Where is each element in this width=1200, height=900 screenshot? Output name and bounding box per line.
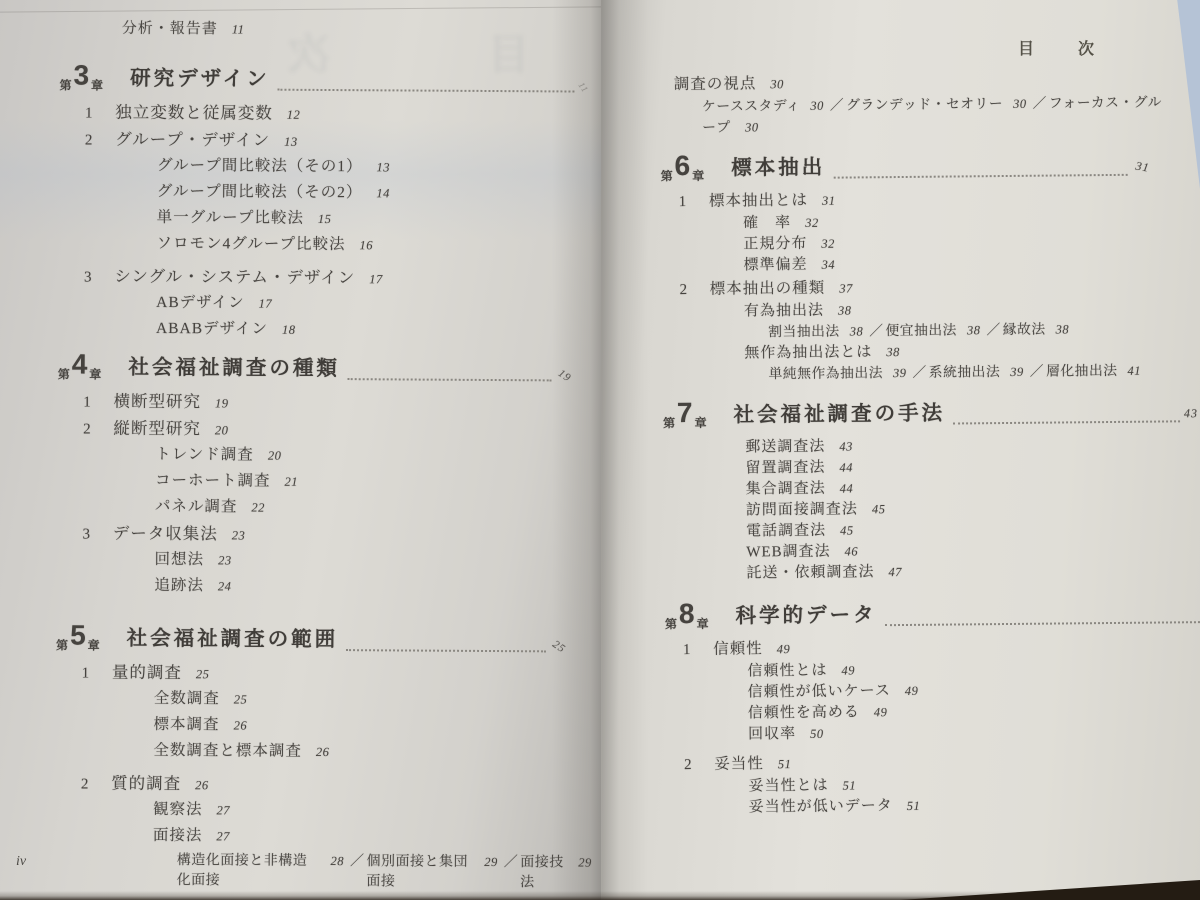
item-text: 縦断型研究 [113,415,201,440]
toc-entry: ソロモン4グループ比較法16 [0,230,600,260]
toc-entry: ABABデザイン18 [0,315,599,345]
item-text: 標本調査 [154,712,220,734]
chapter-title: 社会福祉調査の手法 [733,396,945,428]
item-text: 調査の視点 [674,71,757,94]
chapter-title: 社会福祉調査の種類 [128,350,340,381]
item-text: ケーススタディ [702,94,800,115]
page-number: 38 [838,303,852,318]
page-number: 30 [1013,97,1027,112]
chapter-number: 3 [73,61,90,89]
page-number: 47 [888,565,902,580]
toc-entry: 追跡法24 [0,572,597,602]
item-text: 全数調査と標本調査 [153,738,302,761]
item-text: フォーカス・グル [1049,90,1162,111]
item-text: 標準偏差 [743,253,807,275]
page-number: 17 [369,272,383,287]
item-text: 集合調査法 [746,477,826,499]
item-number: 1 [78,665,94,682]
page-number: 26 [234,718,248,733]
chapter-suffix-label: 章 [88,636,101,653]
item-number: 1 [675,194,691,211]
item-text: 横断型研究 [113,388,201,413]
item-text: 信頼性とは [747,659,827,681]
separator-slash: ／ [986,318,1000,338]
separator-slash: ／ [504,851,519,871]
item-text: 標本抽出の種類 [710,276,826,299]
item-text: ABABデザイン [156,316,268,339]
page-number: 13 [376,160,390,175]
toc-entry: 1量的調査25 [0,658,597,689]
toc-entry: 2縦断型研究20 [0,414,598,445]
item-number: 1 [81,105,97,122]
chapter-heading-row: 第6章標本抽出31 [602,146,1195,190]
chapter-prefix-label: 第 [56,636,69,653]
toc-entry: 2質的調査26 [0,769,596,800]
item-text: 単純無作為抽出法 [768,361,883,382]
leader-dots [348,378,552,381]
toc-entry: 単一グループ比較法15 [0,204,600,234]
page-number: 49 [777,642,791,657]
item-text: 妥当性とは [748,774,828,796]
page-number: 38 [850,324,864,339]
leader-dots [346,649,546,652]
page-number: 31 [822,194,836,209]
right-page: 目 次 調査の視点30ケーススタディ30／グランデッド・セオリー30／フォーカス… [601,0,1200,900]
toc-entry: 回想法23 [0,546,598,576]
chapter-page-number: 43 [1184,406,1198,421]
item-text: 信頼性 [713,636,763,658]
toc-entry: 回収率50 [608,718,1200,745]
chapter-heading-row: 第8章科学的データ [607,594,1200,638]
item-text: 有為抽出法 [744,299,824,321]
separator-slash: ／ [869,319,883,339]
item-text: 個別面接と集団面接 [366,850,474,891]
item-number: 3 [79,526,95,543]
item-text: 留置調査法 [745,456,825,478]
chapter-number: 8 [679,600,696,628]
chapter-prefix-label: 第 [59,76,72,93]
chapter-page-number: 25 [550,638,568,655]
item-text: 託送・依頼調査法 [746,560,874,582]
page-number: 28 [330,854,344,869]
chapter-number: 7 [677,399,694,427]
page-number: 49 [905,684,919,699]
book-photo: 目 次 分析・報告書11第3章研究デザイン111独立変数と従属変数122グループ… [0,0,1200,900]
chapter-heading-row: 第7章社会福祉調査の手法43 [605,393,1198,437]
page-number: 38 [967,323,981,338]
item-number: 1 [679,642,695,659]
item-text: 確 率 [743,211,791,232]
page-number: 39 [1010,365,1024,380]
page-number: 25 [196,667,210,682]
page-number: 29 [578,856,592,871]
item-text: 信頼性が低いケース [748,679,891,701]
toc-entry: トレンド調査20 [0,441,598,471]
toc-entry: コーホート調査21 [0,467,598,497]
item-text: トレンド調査 [155,442,254,465]
page-number: 39 [893,366,907,381]
page-number: 26 [316,745,330,760]
left-page-number: iv [16,854,26,870]
chapter-title: 社会福祉調査の範囲 [127,621,339,652]
page-number: 50 [810,727,824,742]
item-text: 割当抽出法 [768,320,840,341]
item-text: グランデッド・セオリー [846,92,1003,114]
chapter-suffix-label: 章 [91,76,104,93]
leader-dots [833,174,1127,179]
separator-slash: ／ [830,94,844,114]
leader-dots [885,621,1200,626]
chapter-heading-row: 第5章社会福祉調査の範囲25 [0,620,597,662]
page-number: 23 [218,553,232,568]
item-text: 妥当性が低いデータ [749,794,893,816]
chapter-page-number: 11 [576,80,590,94]
page-number: 41 [1127,364,1141,379]
toc-entry: パネル調査22 [0,493,598,523]
toc-entry: グループ間比較法（その1）13 [0,152,600,182]
item-text: 質的調査 [111,770,181,794]
separator-slash: ／ [1030,360,1044,380]
item-text: 正規分布 [743,232,807,254]
toc-entry: ABデザイン17 [0,289,599,319]
page-number: 49 [841,663,855,678]
item-number: 2 [79,421,95,438]
page-number: 30 [810,99,824,114]
chapter-heading-row: 第3章研究デザイン11 [0,60,601,102]
item-text: 単一グループ比較法 [157,205,304,228]
chapter-title: 研究デザイン [130,61,270,92]
chapter-page-number: 19 [556,367,574,384]
toc-entry: 託送・依頼調査法47 [606,557,1199,584]
item-text: 分析・報告書 [122,17,218,39]
toc-entry: 構造化面接と非構造化面接28／個別面接と集団面接29／面接技法29 [0,848,596,876]
chapter-title: 科学的データ [735,597,876,628]
toc-entry: 単純無作為抽出法39／系統抽出法39／層化抽出法41 [604,358,1197,385]
item-text: 系統抽出法 [929,360,1001,381]
item-text: 独立変数と従属変数 [115,99,273,124]
page-number: 49 [874,705,888,720]
toc-entry: 面接法27 [0,822,596,852]
page-number: 27 [217,803,231,818]
chapter-suffix-label: 章 [696,614,709,631]
separator-slash: ／ [350,850,365,870]
item-text: 回想法 [155,547,205,569]
item-number: 3 [80,269,96,286]
item-text: 便宜抽出法 [885,318,957,339]
page-number: 26 [195,778,209,793]
toc-entry: 1横断型研究19 [0,387,599,418]
right-toc-column: 調査の視点30ケーススタディ30／グランデッド・セオリー30／フォーカス・グルー… [601,0,1200,900]
item-number: 2 [680,757,696,774]
toc-entry: 2グループ・デザイン13 [0,125,600,156]
page-number: 19 [215,396,229,411]
page-number: 51 [778,757,792,772]
left-page: 目 次 分析・報告書11第3章研究デザイン111独立変数と従属変数122グループ… [0,0,601,900]
toc-entry: 3データ収集法23 [0,519,598,550]
page-number: 16 [359,238,373,253]
chapter-suffix-label: 章 [695,413,708,430]
chapter-number: 5 [70,621,87,649]
page-number: 44 [840,481,854,496]
chapter-prefix-label: 第 [661,167,674,184]
separator-slash: ／ [912,361,926,381]
page-number: 29 [484,855,498,870]
item-text: 郵送調査法 [745,435,825,457]
toc-entry: 全数調査と標本調査26 [0,737,596,767]
chapter-prefix-label: 第 [58,365,71,382]
page-number: 15 [318,212,332,227]
item-text: パネル調査 [155,494,238,517]
page-number: 43 [839,439,853,454]
item-text: ABデザイン [156,290,245,313]
page-number: 46 [845,544,859,559]
chapter-page-number: 31 [1134,159,1150,176]
page-number: 13 [284,135,298,150]
separator-slash: ／ [1032,92,1046,112]
toc-entry: ープ30 [602,111,1195,140]
page-number: 51 [907,799,921,814]
toc-entry: 観察法27 [0,796,596,826]
chapter-number: 4 [72,350,89,378]
toc-entry: グループ間比較法（その2）14 [0,178,600,208]
toc-entry: 標本調査26 [0,711,597,741]
item-text: ソロモン4グループ比較法 [156,231,345,254]
toc-entry: 妥当性が低いデータ51 [609,791,1200,818]
item-text: グループ間比較法（その1） [157,153,363,176]
page-number: 38 [886,345,900,360]
page-number: 45 [872,502,886,517]
item-text: 面接法 [153,823,203,845]
chapter-suffix-label: 章 [692,166,705,183]
item-text: 観察法 [153,797,203,819]
page-number: 21 [285,475,299,490]
item-text: 妥当性 [714,751,764,773]
page-number: 30 [770,77,784,92]
page-number: 32 [805,216,819,231]
item-text: 電話調査法 [746,519,826,541]
page-number: 11 [232,22,245,37]
page-number: 23 [232,528,246,543]
chapter-suffix-label: 章 [89,365,102,382]
item-text: 縁故法 [1003,318,1046,338]
item-text: 量的調査 [112,659,182,683]
page-number: 45 [840,523,854,538]
item-text: コーホート調査 [155,468,271,491]
item-text: 層化抽出法 [1046,359,1118,380]
page-number: 32 [821,237,835,252]
toc-entry: 標準偏差34 [603,249,1196,276]
toc-entry: 全数調査25 [0,685,597,715]
leader-dots [953,420,1180,424]
item-text: 信頼性を高める [748,700,860,722]
item-text: 回収率 [748,722,796,743]
chapter-prefix-label: 第 [663,414,676,431]
item-number: 2 [77,776,93,793]
page-number: 12 [287,108,301,123]
leader-dots [278,89,574,93]
item-text: 追跡法 [154,573,204,595]
page-number: 30 [745,120,759,135]
item-text: WEB調査法 [746,540,831,562]
item-text: ープ [702,116,731,136]
page-number: 34 [821,258,835,273]
item-number: 2 [676,282,692,299]
chapter-number: 6 [674,152,691,180]
item-text: 標本抽出とは [709,188,808,211]
page-number: 20 [215,423,229,438]
page-number: 17 [259,297,273,312]
item-text: グループ間比較法（その2） [157,179,363,202]
item-text: シングル・システム・デザイン [114,263,355,288]
page-number: 44 [839,460,853,475]
toc-entry: 1独立変数と従属変数12 [0,98,600,129]
page-number: 20 [268,449,282,464]
page-number: 24 [218,579,232,594]
left-toc-column: 分析・報告書11第3章研究デザイン111独立変数と従属変数122グループ・デザイ… [0,0,601,900]
item-text: 無作為抽出法とは [744,340,872,362]
item-text: 全数調査 [154,686,220,708]
page-number: 25 [234,692,248,707]
item-text: グループ・デザイン [115,126,270,151]
page-number: 37 [839,281,853,296]
page-number: 14 [376,186,390,201]
item-text: 構造化面接と非構造化面接 [177,849,321,890]
chapter-title: 標本抽出 [731,150,825,181]
toc-entry: 分析・報告書11 [0,16,601,42]
chapter-heading-row: 第4章社会福祉調査の種類19 [0,349,599,391]
toc-entry: 3シングル・システム・デザイン17 [0,262,599,293]
item-text: 訪問面接調査法 [746,497,858,519]
chapter-prefix-label: 第 [665,615,678,632]
page-number: 22 [251,501,265,516]
item-number: 1 [79,394,95,411]
page-number: 27 [216,829,230,844]
page-number: 18 [282,323,296,338]
item-number: 2 [81,132,97,149]
item-text: データ収集法 [113,520,218,545]
page-number: 51 [842,778,856,793]
item-text: 面接技法 [520,851,568,891]
page-number: 38 [1056,322,1070,337]
